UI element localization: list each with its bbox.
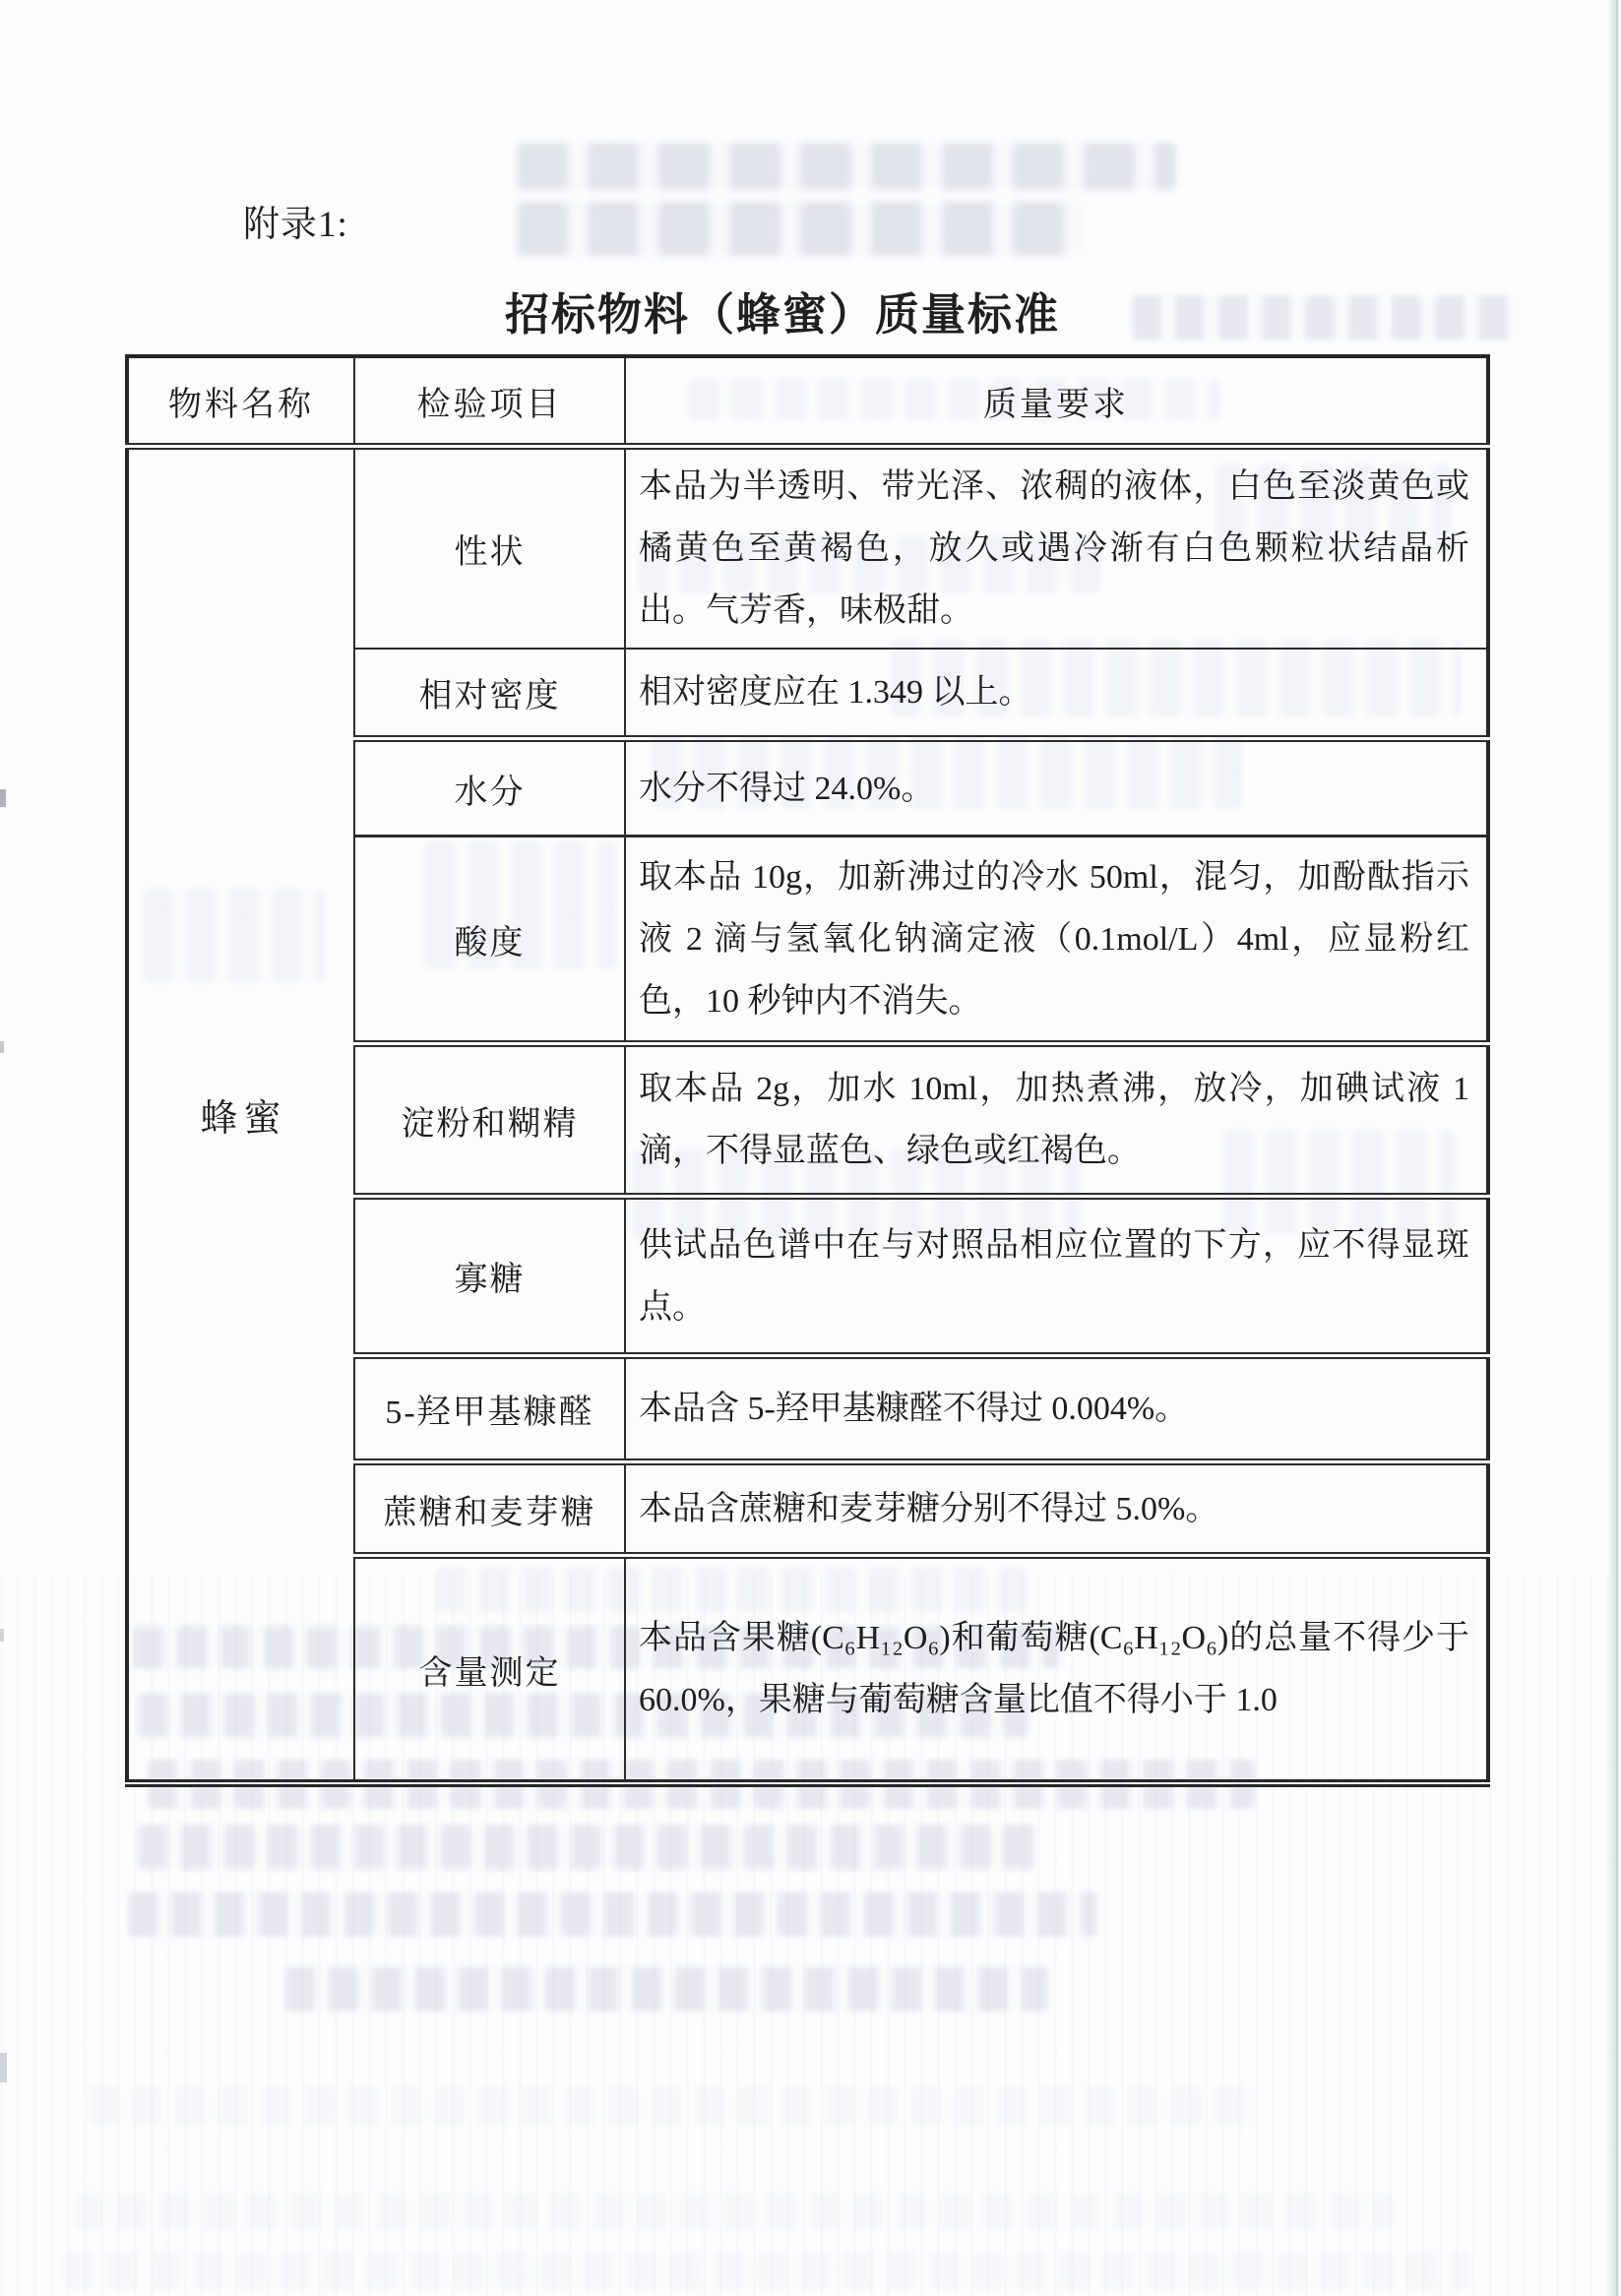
scan-left-edge-mark: [0, 789, 6, 807]
quality-requirement: 本品为半透明、带光泽、浓稠的液体，白色至淡黄色或橘黄色至黄褐色，放久或遇冷渐有白…: [625, 447, 1488, 650]
bleedthrough-smudge: [138, 1825, 1038, 1870]
table-row: 蜂蜜 性状 本品为半透明、带光泽、浓稠的液体，白色至淡黄色或橘黄色至黄褐色，放久…: [127, 447, 1488, 650]
scanned-document-page: 附录1: 招标物料（蜂蜜）质量标准 物料名称 检验项目 质量要求 蜂蜜 性状 本…: [0, 0, 1621, 2296]
scan-left-edge-mark: [0, 1629, 4, 1642]
quality-requirement: 供试品色谱中在与对照品相应位置的下方，应不得显斑点。: [625, 1197, 1488, 1356]
quality-requirement: 本品含果糖(C₆H₁₂O₆)和葡萄糖(C₆H₁₂O₆)的总量不得少于 60.0%…: [625, 1556, 1488, 1784]
inspection-item: 水分: [354, 739, 625, 837]
bleedthrough-smudge: [1132, 295, 1516, 341]
inspection-item: 蔗糖和麦芽糖: [354, 1462, 625, 1556]
scan-right-edge-shading: [1607, 0, 1621, 2296]
scan-right-edge-line: [1616, 0, 1618, 2296]
quality-requirement: 水分不得过 24.0%。: [625, 739, 1488, 837]
quality-requirement: 相对密度应在 1.349 以上。: [625, 649, 1488, 739]
bleedthrough-smudge: [64, 2252, 1471, 2289]
col-header-quality-requirement: 质量要求: [625, 356, 1488, 447]
table-header-row: 物料名称 检验项目 质量要求: [127, 356, 1488, 447]
bleedthrough-smudge: [89, 2086, 1260, 2126]
quality-requirement: 本品含 5-羟甲基糠醛不得过 0.004%。: [625, 1356, 1488, 1462]
quality-standard-table: 物料名称 检验项目 质量要求 蜂蜜 性状 本品为半透明、带光泽、浓稠的液体，白色…: [125, 354, 1490, 1787]
scan-left-edge-mark: [0, 1041, 4, 1053]
col-header-material-name: 物料名称: [127, 356, 354, 447]
inspection-item: 性状: [354, 447, 625, 650]
inspection-item: 相对密度: [354, 649, 625, 739]
bleedthrough-smudge: [517, 143, 1176, 190]
document-title: 招标物料（蜂蜜）质量标准: [389, 279, 1176, 342]
quality-requirement: 取本品 10g，加新沸过的冷水 50ml，混匀，加酚酞指示液 2 滴与氢氧化钠滴…: [625, 837, 1488, 1044]
scan-left-edge-mark: [0, 2053, 7, 2082]
inspection-item: 寡糖: [354, 1197, 625, 1356]
quality-requirement: 取本品 2g，加水 10ml，加热煮沸，放冷，加碘试液 1 滴，不得显蓝色、绿色…: [625, 1044, 1488, 1197]
inspection-item: 含量测定: [354, 1556, 625, 1784]
inspection-item: 5-羟甲基糠醛: [354, 1356, 625, 1462]
appendix-label: 附录1:: [243, 194, 348, 247]
inspection-item: 淀粉和糊精: [354, 1044, 625, 1197]
col-header-inspection-item: 检验项目: [354, 356, 625, 447]
bleedthrough-smudge: [517, 202, 1083, 256]
bleedthrough-smudge: [285, 1966, 1048, 2012]
bleedthrough-smudge: [74, 2193, 1393, 2230]
quality-requirement: 本品含蔗糖和麦芽糖分别不得过 5.0%。: [625, 1462, 1488, 1556]
inspection-item: 酸度: [354, 837, 625, 1044]
bleedthrough-smudge: [128, 1892, 1097, 1937]
material-name-cell: 蜂蜜: [127, 447, 354, 1784]
